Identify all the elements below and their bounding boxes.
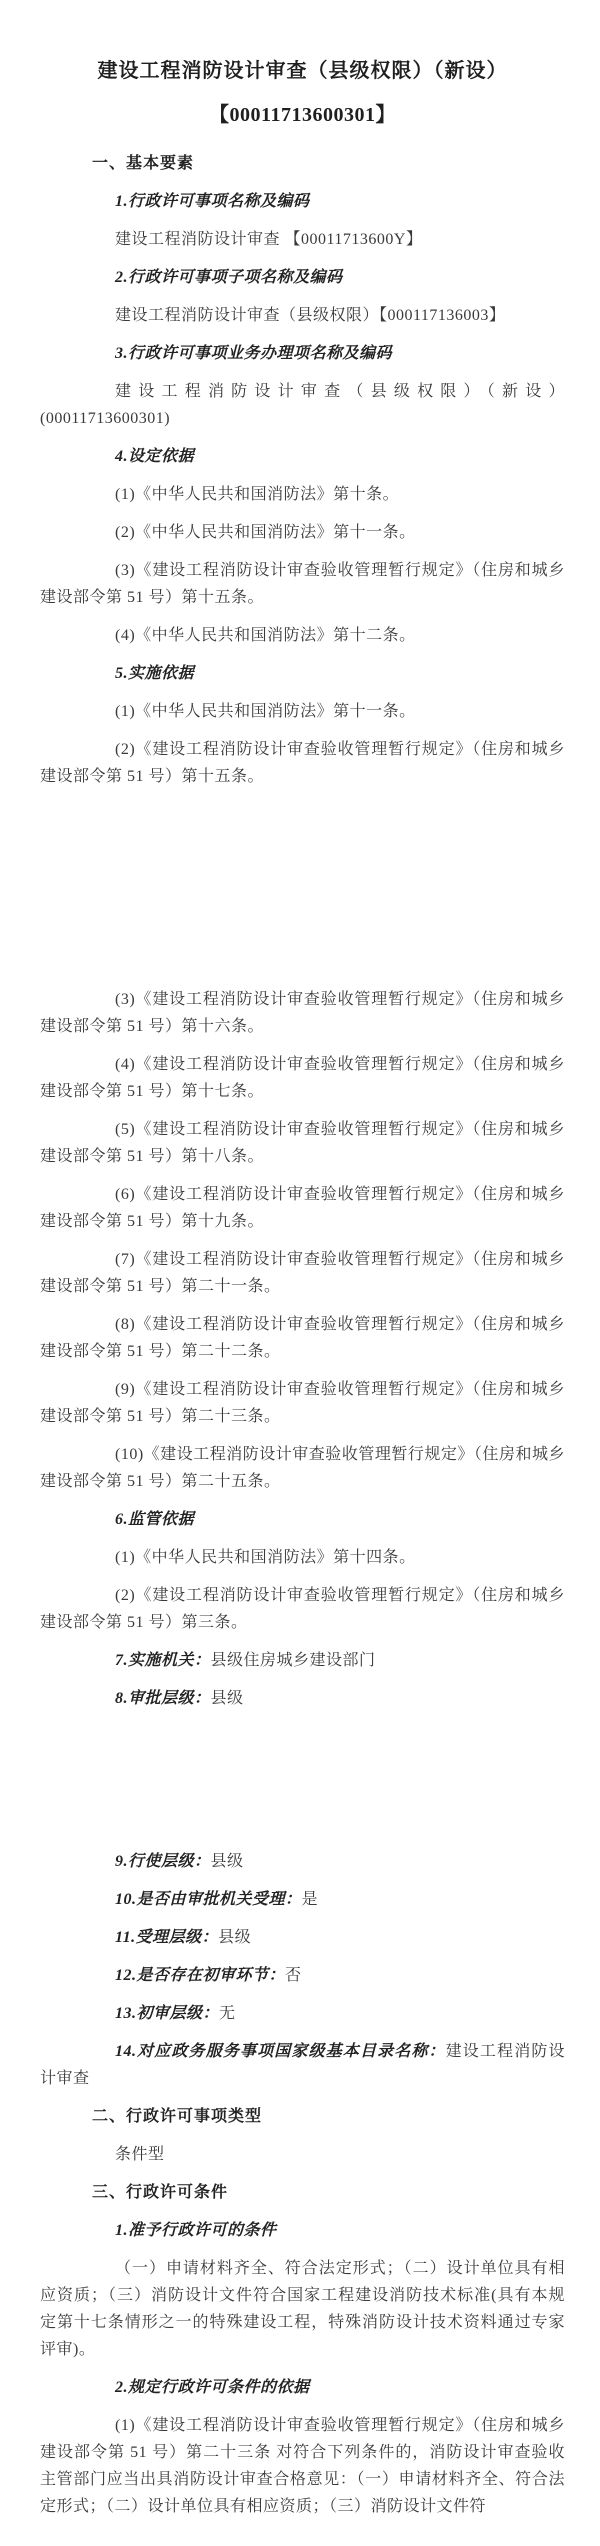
item-heading-2-subitem: 2.行政许可事项子项名称及编码 bbox=[40, 264, 565, 291]
page-break-gap bbox=[40, 801, 565, 986]
field-label: 11.受理层级： bbox=[115, 1929, 218, 1946]
field-label: 7.实施机关： bbox=[115, 1652, 211, 1669]
legal-basis-entry: (10)《建设工程消防设计审查验收管理暂行规定》（住房和城乡建设部令第 51 号… bbox=[40, 1441, 565, 1495]
legal-basis-entry: (4)《建设工程消防设计审查验收管理暂行规定》（住房和城乡建设部令第 51 号）… bbox=[40, 1051, 565, 1105]
legal-basis-entry: (6)《建设工程消防设计审查验收管理暂行规定》（住房和城乡建设部令第 51 号）… bbox=[40, 1181, 565, 1235]
doc-code: 【00011713600301】 bbox=[40, 100, 565, 130]
field-value: 县级 bbox=[211, 1853, 244, 1870]
section-heading-permit-type: 二、行政许可事项类型 bbox=[40, 2103, 565, 2130]
item-heading-5-implementation-basis: 5.实施依据 bbox=[40, 660, 565, 687]
field-value: 县级 bbox=[211, 1690, 244, 1707]
legal-basis-entry: (3)《建设工程消防设计审查验收管理暂行规定》（住房和城乡建设部令第 51 号）… bbox=[40, 986, 565, 1040]
item-heading-3-business-item: 3.行政许可事项业务办理项名称及编码 bbox=[40, 340, 565, 367]
legal-basis-entry: (9)《建设工程消防设计审查验收管理暂行规定》（住房和城乡建设部令第 51 号）… bbox=[40, 1376, 565, 1430]
legal-basis-entry: (2)《建设工程消防设计审查验收管理暂行规定》（住房和城乡建设部令第 51 号）… bbox=[40, 1582, 565, 1636]
section-heading-basic-elements: 一、基本要素 bbox=[40, 150, 565, 177]
legal-basis-entry: (7)《建设工程消防设计审查验收管理暂行规定》（住房和城乡建设部令第 51 号）… bbox=[40, 1246, 565, 1300]
paragraph: 建设工程消防设计审查（县级权限）【000117136003】 bbox=[40, 302, 565, 329]
legal-basis-entry: (5)《建设工程消防设计审查验收管理暂行规定》（住房和城乡建设部令第 51 号）… bbox=[40, 1116, 565, 1170]
doc-title: 建设工程消防设计审查（县级权限）（新设） bbox=[40, 56, 565, 86]
field-value: 县级 bbox=[218, 1929, 251, 1946]
legal-basis-entry: (2)《中华人民共和国消防法》第十一条。 bbox=[40, 519, 565, 546]
item-heading-2-conditions-basis: 2.规定行政许可条件的依据 bbox=[40, 2374, 565, 2401]
paragraph-conditions-basis: (1)《建设工程消防设计审查验收管理暂行规定》（住房和城乡建设部令第 51 号）… bbox=[40, 2412, 565, 2520]
field-value: 县级住房城乡建设部门 bbox=[211, 1652, 376, 1669]
item-heading-1-name-code: 1.行政许可事项名称及编码 bbox=[40, 188, 565, 215]
page-break-gap bbox=[40, 1723, 565, 1848]
field-value: 否 bbox=[285, 1967, 302, 1984]
legal-basis-entry: (1)《中华人民共和国消防法》第十条。 bbox=[40, 481, 565, 508]
field-label: 14.对应政务服务事项国家级基本目录名称： bbox=[115, 2043, 446, 2060]
field-label: 9.行使层级： bbox=[115, 1853, 211, 1870]
paragraph: 建设工程消防设计审查（县级权限）（新设）(00011713600301) bbox=[40, 378, 565, 432]
legal-basis-entry: (3)《建设工程消防设计审查验收管理暂行规定》（住房和城乡建设部令第 51 号）… bbox=[40, 557, 565, 611]
field-value: 无 bbox=[219, 2005, 236, 2022]
item-heading-1-granting-conditions: 1.准予行政许可的条件 bbox=[40, 2217, 565, 2244]
paragraph-granting-conditions: （一）申请材料齐全、符合法定形式；（二）设计单位具有相应资质；（三）消防设计文件… bbox=[40, 2255, 565, 2363]
field-label: 13.初审层级： bbox=[115, 2005, 219, 2022]
field-label: 8.审批层级： bbox=[115, 1690, 211, 1707]
field-accepted-by-approval-organ: 10.是否由审批机关受理：是 bbox=[40, 1886, 565, 1913]
field-exercise-level: 9.行使层级：县级 bbox=[40, 1848, 565, 1875]
field-label: 10.是否由审批机关受理： bbox=[115, 1891, 302, 1908]
legal-basis-entry: (1)《中华人民共和国消防法》第十四条。 bbox=[40, 1544, 565, 1571]
field-acceptance-level: 11.受理层级：县级 bbox=[40, 1924, 565, 1951]
legal-basis-entry: (2)《建设工程消防设计审查验收管理暂行规定》（住房和城乡建设部令第 51 号）… bbox=[40, 736, 565, 790]
paragraph-permit-type-value: 条件型 bbox=[40, 2141, 565, 2168]
document-page: 建设工程消防设计审查（县级权限）（新设） 【00011713600301】 一、… bbox=[0, 0, 600, 2546]
legal-basis-entry: (1)《中华人民共和国消防法》第十一条。 bbox=[40, 698, 565, 725]
section-heading-permit-conditions: 三、行政许可条件 bbox=[40, 2179, 565, 2206]
field-approval-level: 8.审批层级：县级 bbox=[40, 1685, 565, 1712]
field-preliminary-review-exists: 12.是否存在初审环节：否 bbox=[40, 1962, 565, 1989]
field-implementing-agency: 7.实施机关：县级住房城乡建设部门 bbox=[40, 1647, 565, 1674]
item-heading-6-supervision-basis: 6.监管依据 bbox=[40, 1506, 565, 1533]
item-heading-4-setting-basis: 4.设定依据 bbox=[40, 443, 565, 470]
field-label: 12.是否存在初审环节： bbox=[115, 1967, 285, 1984]
field-national-catalog-name: 14.对应政务服务事项国家级基本目录名称：建设工程消防设计审查 bbox=[40, 2038, 565, 2092]
field-preliminary-review-level: 13.初审层级：无 bbox=[40, 2000, 565, 2027]
paragraph: 建设工程消防设计审查 【00011713600Y】 bbox=[40, 226, 565, 253]
field-value: 是 bbox=[302, 1891, 319, 1908]
legal-basis-entry: (8)《建设工程消防设计审查验收管理暂行规定》（住房和城乡建设部令第 51 号）… bbox=[40, 1311, 565, 1365]
legal-basis-entry: (4)《中华人民共和国消防法》第十二条。 bbox=[40, 622, 565, 649]
